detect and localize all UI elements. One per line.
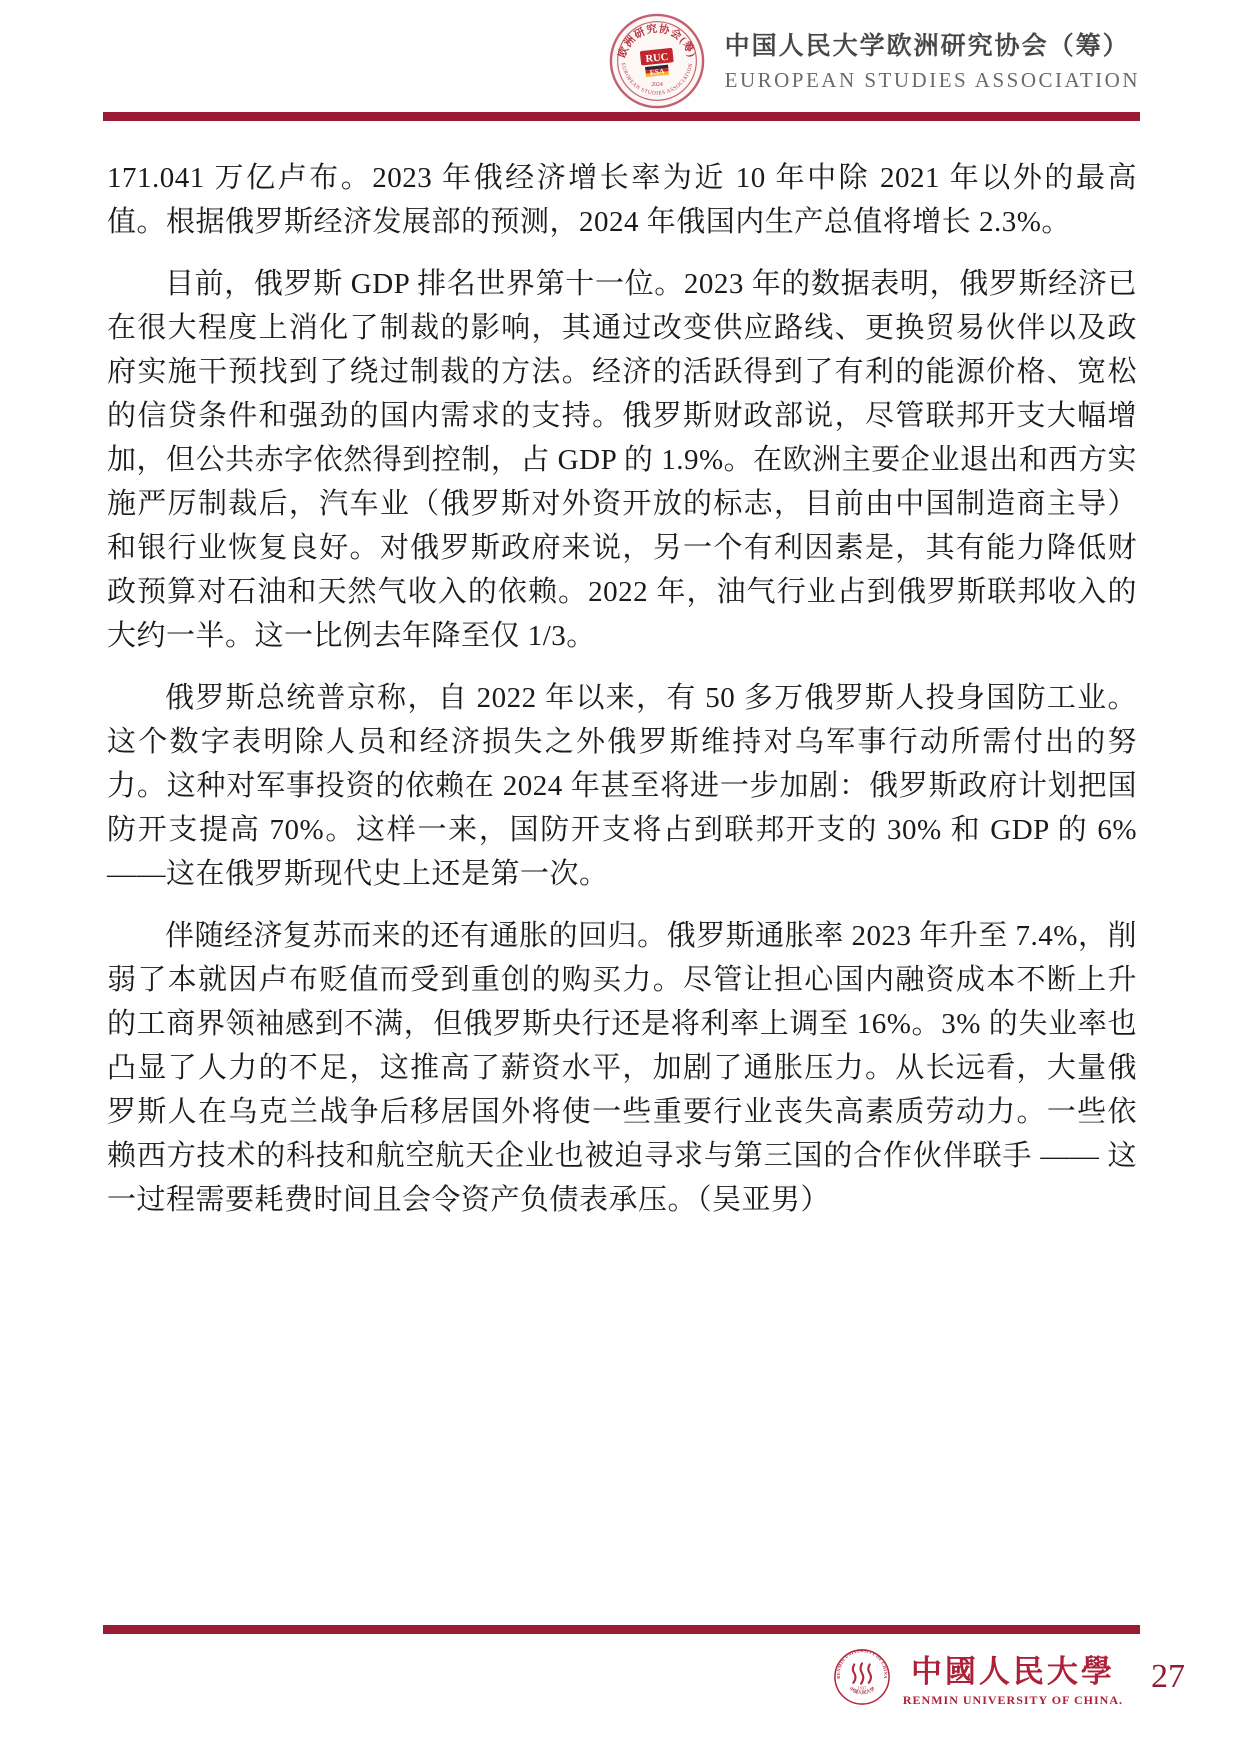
page-header: 欧洲研究协会(筹) RUC ESA 2024 EUROPEAN STUDIES … bbox=[0, 10, 1140, 112]
esa-seal-icon: 欧洲研究协会(筹) RUC ESA 2024 EUROPEAN STUDIES … bbox=[609, 13, 705, 109]
seal-year-text: 2024 bbox=[651, 82, 663, 88]
header-titles: 中国人民大学欧洲研究协会（筹） EUROPEAN STUDIES ASSOCIA… bbox=[725, 26, 1140, 97]
seal-esa-text: ESA bbox=[649, 67, 665, 78]
footer-seal-year-text: 1937 bbox=[858, 1686, 868, 1691]
paragraph: 俄罗斯总统普京称，自 2022 年以来，有 50 多万俄罗斯人投身国防工业。这个… bbox=[107, 676, 1137, 896]
seal-ruc-text: RUC bbox=[645, 52, 669, 65]
org-name-chinese: 中国人民大学欧洲研究协会（筹） bbox=[725, 26, 1130, 62]
university-wordmark: 中國人民大學 RENMIN UNIVERSITY OF CHINA. bbox=[903, 1646, 1123, 1708]
page-number: 27 bbox=[1151, 1658, 1185, 1696]
paragraph: 171.041 万亿卢布。2023 年俄经济增长率为近 10 年中除 2021 … bbox=[107, 156, 1137, 244]
footer-rule bbox=[103, 1625, 1140, 1634]
page-footer: RENMIN UNIVERSITY OF CHINA 1937 中国人民大学 中… bbox=[833, 1646, 1185, 1708]
paragraph: 目前，俄罗斯 GDP 排名世界第十一位。2023 年的数据表明，俄罗斯经济已在很… bbox=[107, 262, 1137, 658]
ruc-seal-icon: RENMIN UNIVERSITY OF CHINA 1937 中国人民大学 bbox=[833, 1648, 891, 1706]
university-name-chinese: 中國人民大學 bbox=[911, 1646, 1115, 1691]
org-name-english: EUROPEAN STUDIES ASSOCIATION bbox=[725, 68, 1140, 93]
paragraph: 伴随经济复苏而来的还有通胀的回归。俄罗斯通胀率 2023 年升至 7.4%，削弱… bbox=[107, 914, 1137, 1222]
header-rule bbox=[103, 112, 1140, 121]
document-page: 欧洲研究协会(筹) RUC ESA 2024 EUROPEAN STUDIES … bbox=[0, 0, 1240, 1753]
article-body: 171.041 万亿卢布。2023 年俄经济增长率为近 10 年中除 2021 … bbox=[107, 156, 1137, 1240]
university-name-english: RENMIN UNIVERSITY OF CHINA. bbox=[903, 1693, 1123, 1708]
